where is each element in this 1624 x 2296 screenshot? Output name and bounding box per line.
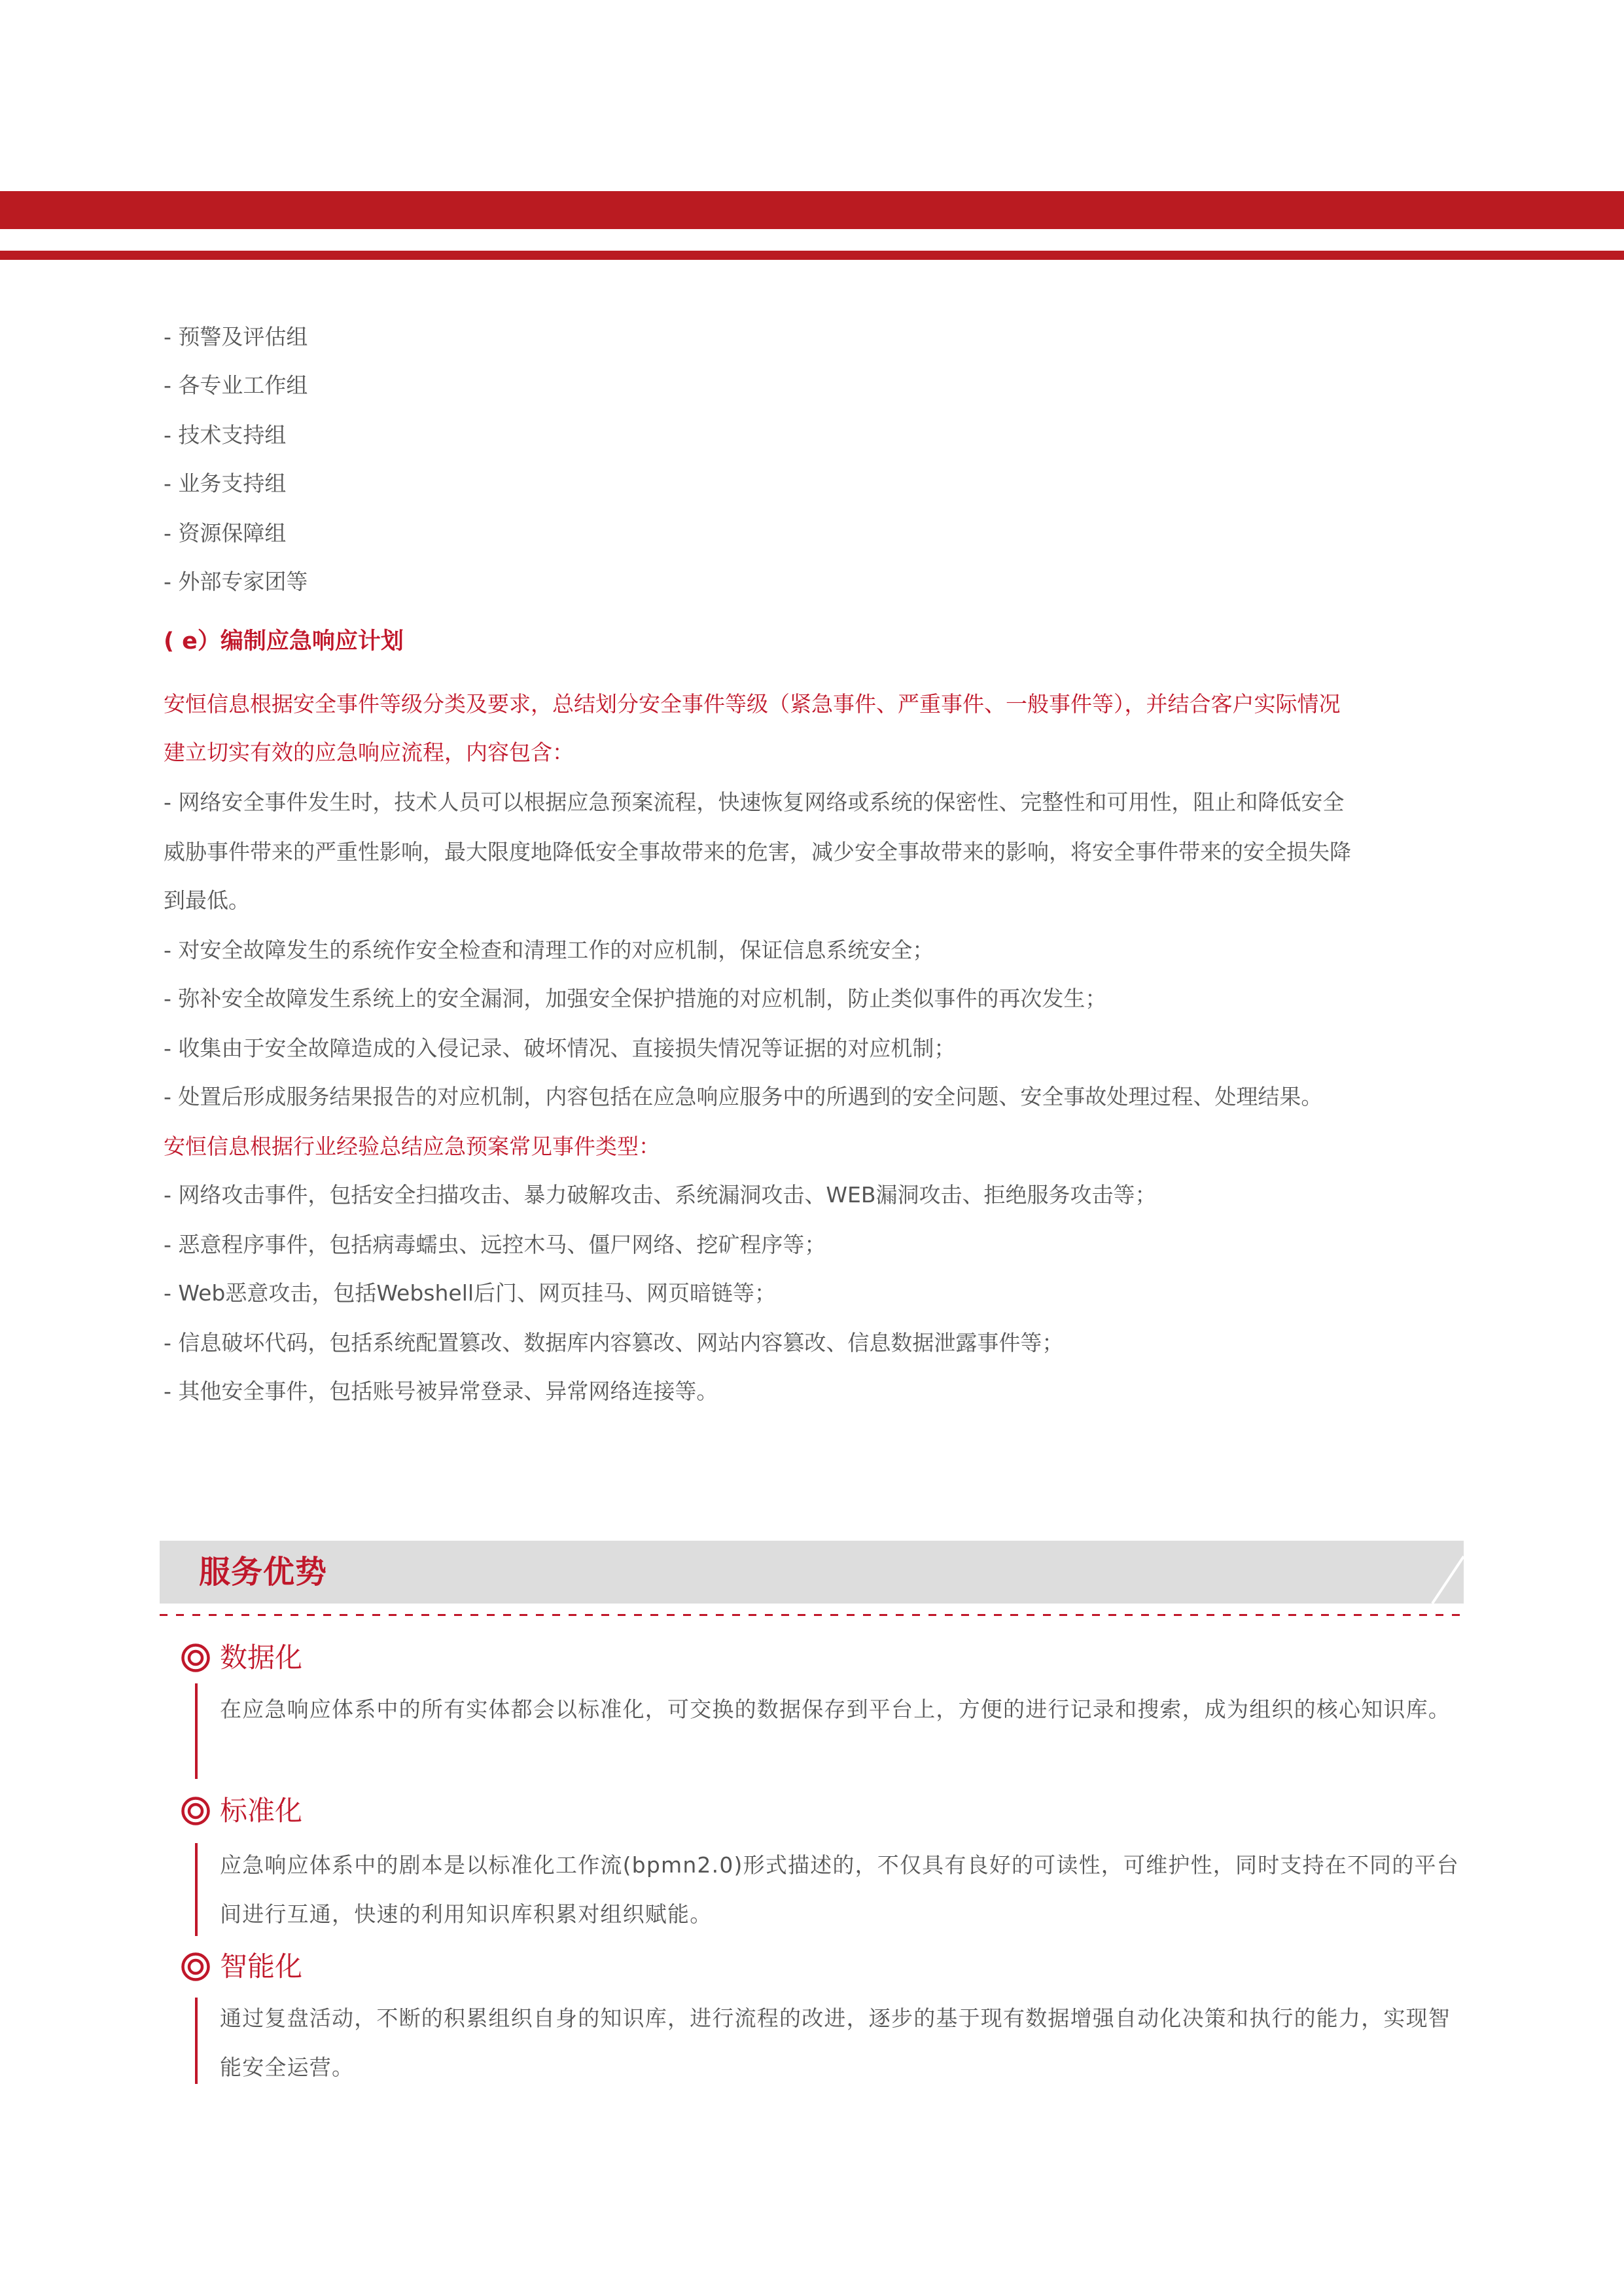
mechanism-item: - 对安全故障发生的系统作安全检查和清理工作的对应机制，保证信息系统安全； xyxy=(164,937,934,963)
event-type-item: - Web恶意攻击，包括Webshell后门、网页挂马、网页暗链等； xyxy=(164,1280,776,1306)
mechanism-item: - 处置后形成服务结果报告的对应机制，内容包括在应急响应服务中的所遇到的安全问题… xyxy=(164,1084,1322,1110)
double-circle-icon xyxy=(181,1952,210,1981)
team-list-item: - 各专业工作组 xyxy=(164,372,308,399)
paragraph-line: - 网络安全事件发生时，技术人员可以根据应急预案流程，快速恢复网络或系统的保密性… xyxy=(164,789,1344,816)
double-circle-icon xyxy=(181,1797,210,1825)
intro-line: 安恒信息根据安全事件等级分类及要求，总结划分安全事件等级（紧急事件、严重事件、一… xyxy=(164,691,1341,717)
header-red-band xyxy=(0,191,1624,229)
header-thin-red-band xyxy=(0,251,1624,260)
double-circle-icon xyxy=(181,1643,210,1672)
dashed-divider xyxy=(160,1614,1465,1616)
intro-line: 建立切实有效的应急响应流程，内容包含： xyxy=(164,740,574,766)
team-list-item: - 技术支持组 xyxy=(164,422,286,448)
event-type-item: - 网络攻击事件，包括安全扫描攻击、暴力破解攻击、系统漏洞攻击、WEB漏洞攻击、… xyxy=(164,1182,1157,1208)
event-types-intro: 安恒信息根据行业经验总结应急预案常见事件类型： xyxy=(164,1134,660,1160)
team-list-item: - 预警及评估组 xyxy=(164,324,308,350)
paragraph-line: 到最低。 xyxy=(164,888,250,914)
event-type-item: - 信息破坏代码，包括系统配置篡改、数据库内容篡改、网站内容篡改、信息数据泄露事… xyxy=(164,1330,1063,1356)
mechanism-item: - 收集由于安全故障造成的入侵记录、破坏情况、直接损失情况等证据的对应机制； xyxy=(164,1035,955,1062)
event-type-item: - 恶意程序事件，包括病毒蠕虫、远控木马、僵尸网络、挖矿程序等； xyxy=(164,1232,826,1258)
advantage-accent-bar xyxy=(195,1843,198,1936)
advantage-accent-bar xyxy=(195,1998,198,2084)
banner-title: 服务优势 xyxy=(199,1554,327,1590)
banner-slash-decoration xyxy=(1424,1541,1464,1604)
advantage-body: 通过复盘活动，不断的积累组织自身的知识库，进行流程的改进，逐步的基于现有数据增强… xyxy=(220,1994,1466,2092)
team-list-item: - 资源保障组 xyxy=(164,520,286,547)
paragraph-line: 威胁事件带来的严重性影响，最大限度地降低安全事故带来的危害，减少安全事故带来的影… xyxy=(164,839,1351,865)
advantage-body: 在应急响应体系中的所有实体都会以标准化，可交换的数据保存到平台上，方便的进行记录… xyxy=(220,1685,1466,1734)
section-banner: 服务优势 xyxy=(160,1541,1464,1604)
section-heading: ( e）编制应急响应计划 xyxy=(164,628,404,655)
team-list-item: - 业务支持组 xyxy=(164,471,286,497)
advantage-accent-bar xyxy=(195,1683,198,1779)
advantage-title: 标准化 xyxy=(220,1795,302,1827)
advantage-title: 智能化 xyxy=(220,1950,302,1983)
team-list-item: - 外部专家团等 xyxy=(164,569,308,595)
advantage-body: 应急响应体系中的剧本是以标准化工作流(bpmn2.0)形式描述的，不仅具有良好的… xyxy=(220,1840,1466,1939)
mechanism-item: - 弥补安全故障发生系统上的安全漏洞，加强安全保护措施的对应机制，防止类似事件的… xyxy=(164,986,1106,1012)
event-type-item: - 其他安全事件，包括账号被异常登录、异常网络连接等。 xyxy=(164,1378,718,1405)
advantage-title: 数据化 xyxy=(220,1641,302,1674)
